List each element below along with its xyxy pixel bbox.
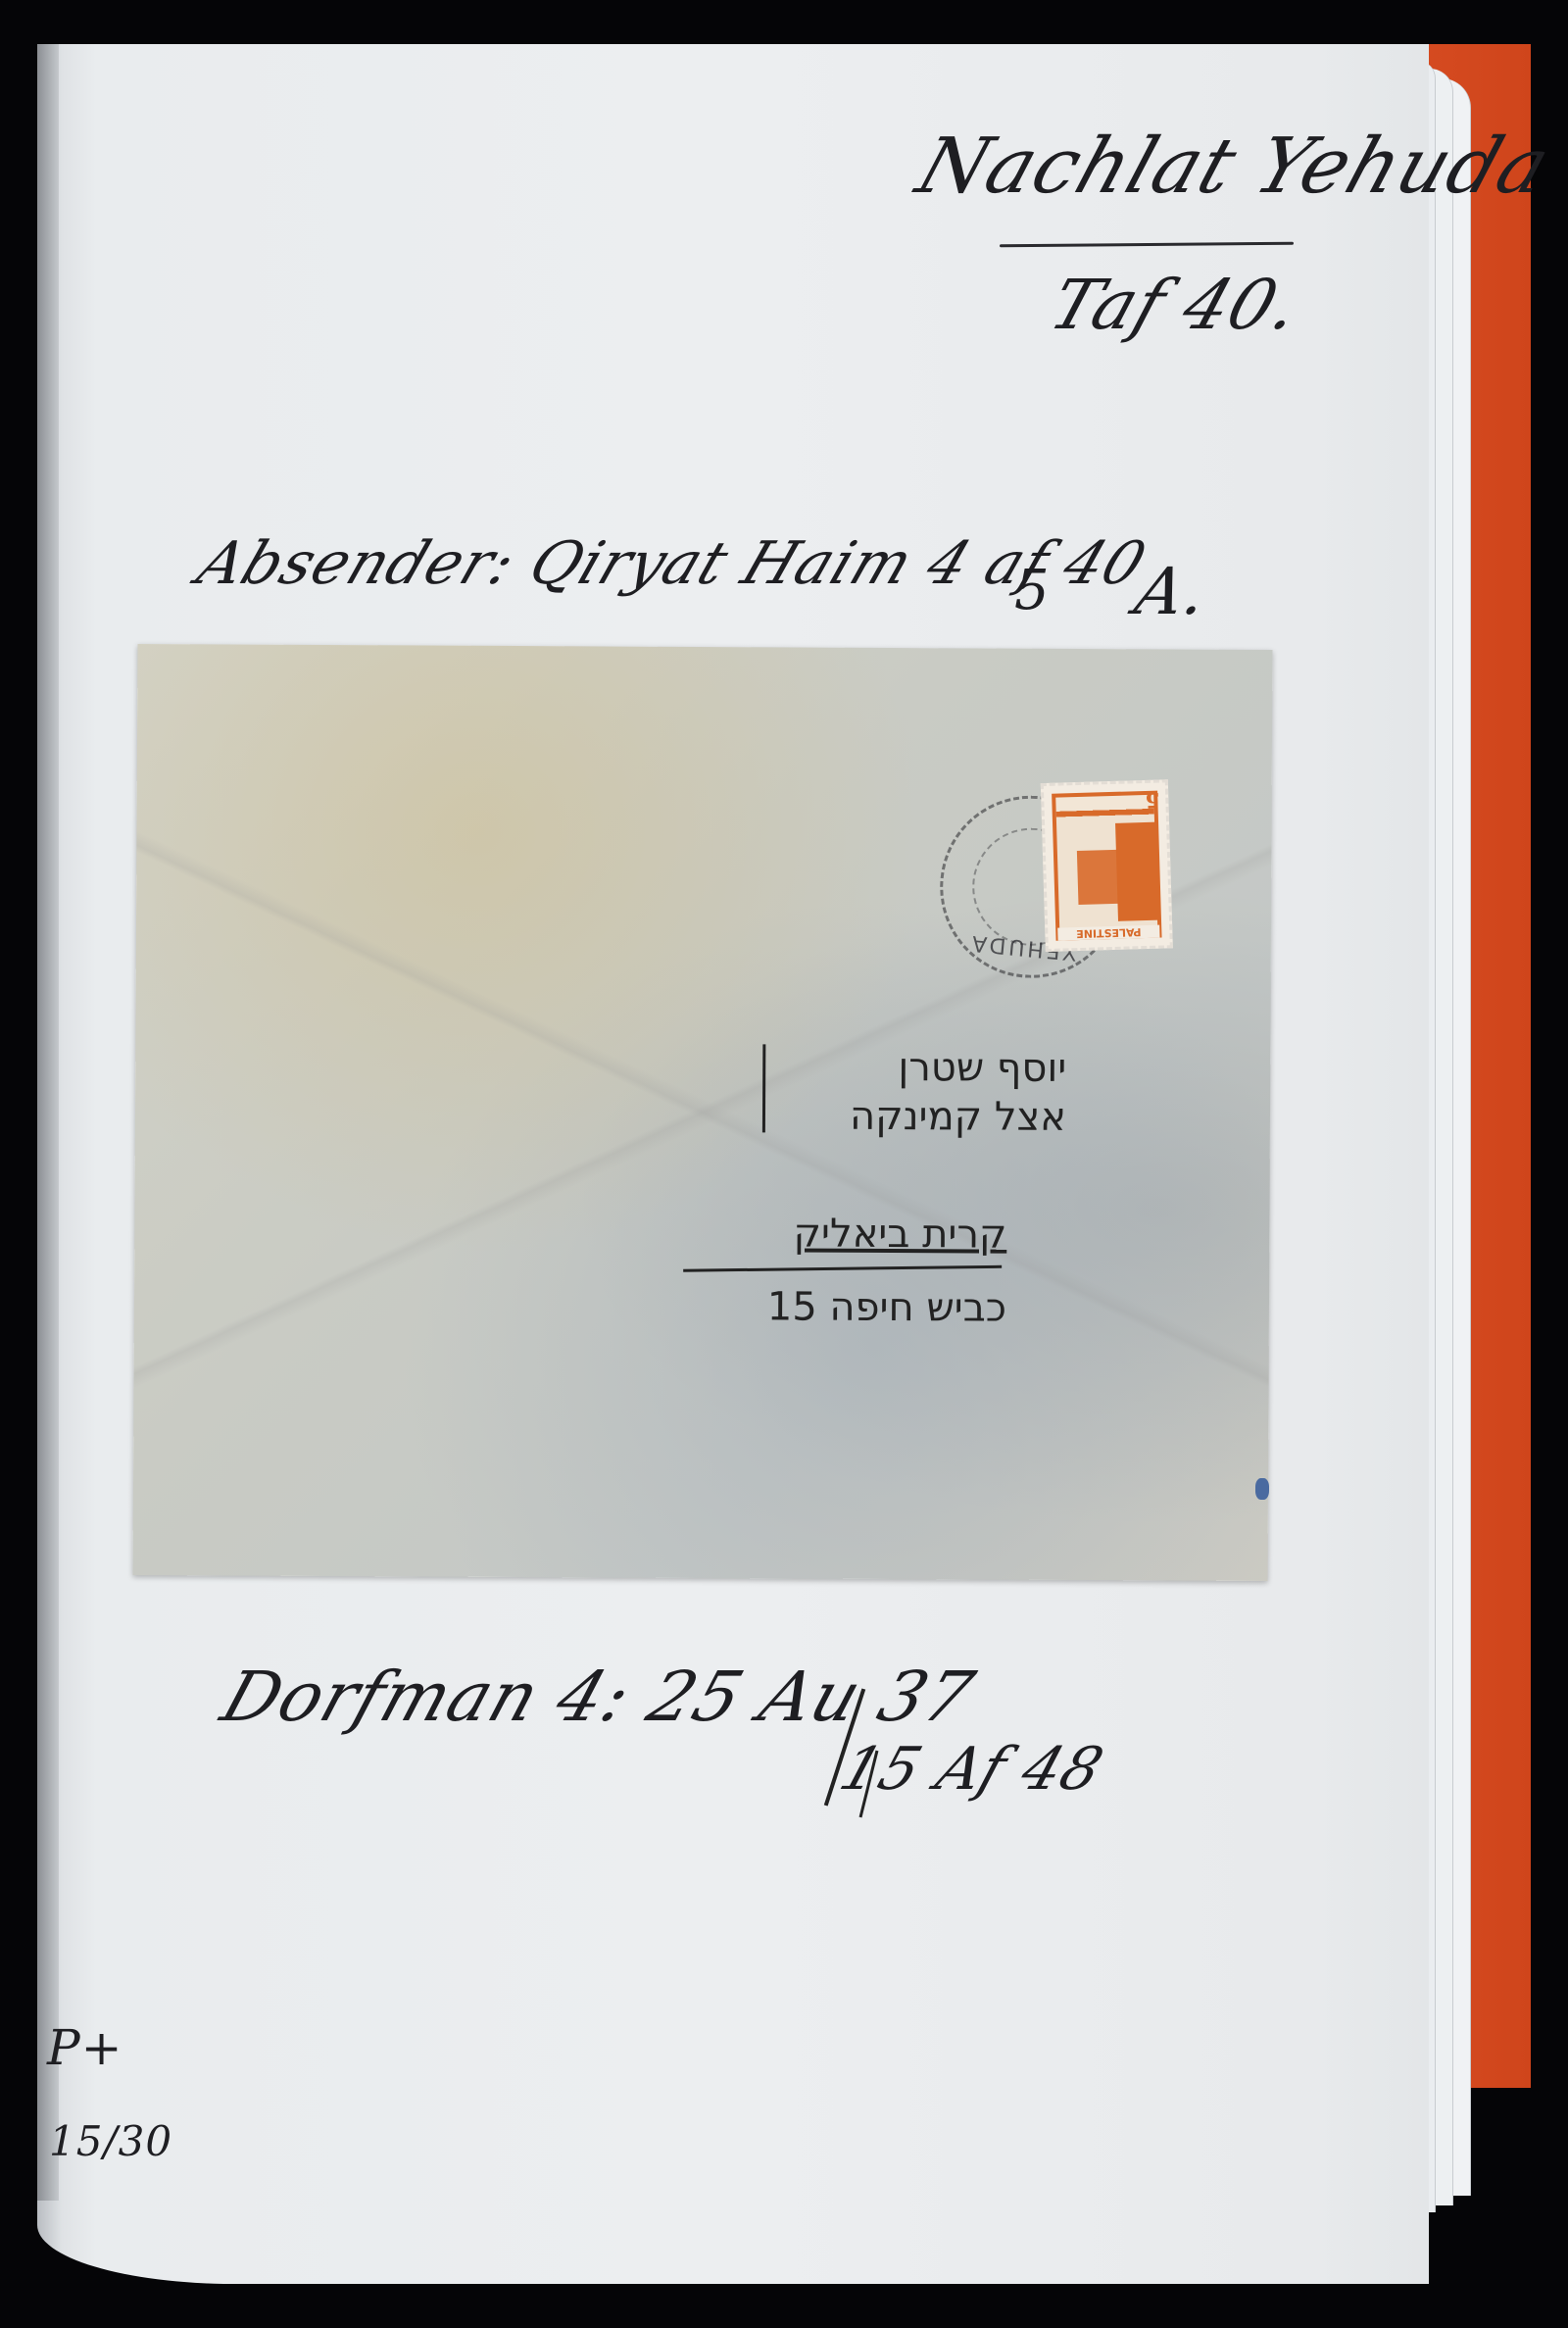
stamp-value: 5 — [1145, 787, 1160, 813]
stamp-building-icon — [1077, 850, 1123, 905]
date-note: Dorfman 4: 25 Au 37 — [213, 1657, 984, 1737]
origin-note: Absender: Qiryat Haim 4 af 40 — [188, 529, 1155, 598]
stamp-frame — [1052, 791, 1161, 941]
date-note-2: 15 Af 48 — [832, 1735, 1112, 1804]
page-heading: Nachlat Yehuda — [906, 123, 1560, 211]
address-line-1: יוסף שטרן — [762, 1044, 1066, 1091]
envelope: YEHUDA PALESTINE 5 יוסף שטרן אצל קמינקה … — [133, 644, 1273, 1581]
page-binding-shadow — [37, 44, 59, 2201]
margin-note: 15/30 — [49, 2117, 172, 2165]
address-line-3: קרית ביאליק — [683, 1211, 1006, 1258]
heading-date: Taf 40. — [1041, 265, 1311, 345]
ink-smudge — [1255, 1478, 1269, 1500]
stamp-tower-icon — [1115, 822, 1159, 921]
address-underline — [683, 1265, 1002, 1272]
margin-note: P+ — [47, 2019, 123, 2076]
stamp-country: PALESTINE — [1057, 925, 1159, 941]
address-line-4: כביש חיפה 15 — [683, 1284, 1006, 1331]
catalog-number: 5 — [1014, 559, 1051, 622]
address-line-2: אצל קמינקה — [762, 1093, 1066, 1140]
postage-stamp: PALESTINE 5 — [1041, 779, 1173, 952]
